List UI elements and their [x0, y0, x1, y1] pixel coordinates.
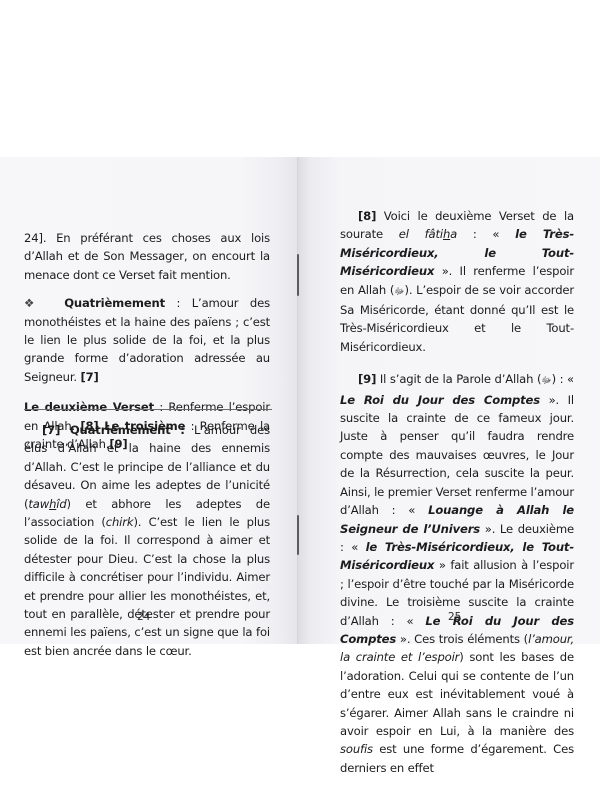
- footnote-text: ). C’est le lien le plus solide de la fo…: [24, 515, 270, 658]
- footnote-ref-7: [7]: [80, 370, 98, 384]
- footnote-separator: [24, 409, 272, 410]
- footnote-text: ». Il suscite la crainte de ce fameux jo…: [340, 393, 574, 517]
- separator: :: [165, 296, 192, 310]
- heading-quatriemement: Quatrièmement: [64, 296, 165, 310]
- left-page: 24]. En préférant ces choses aux lois d’…: [0, 157, 298, 644]
- footnote-9: [9] Il s’agit de la Parole d’Allah (ﷻ) :…: [340, 370, 574, 777]
- sura-name: el fâtiha: [399, 227, 457, 241]
- footnotes-right: [8] Voici le deuxième Verset de la soura…: [340, 207, 574, 777]
- footnote-text: ». Ces trois éléments (: [396, 632, 528, 646]
- bullet-icon: ❖: [24, 296, 42, 310]
- footnote-text: : «: [457, 227, 515, 241]
- footnote-7: [7] Quatrièmement : L’amour des élus d’A…: [24, 421, 270, 660]
- footnote-text: Il s’agit de la Parole d’Allah (: [376, 372, 541, 386]
- staple-bottom-icon: [297, 515, 299, 555]
- footnote-marker-7: [7]: [42, 423, 60, 437]
- footnote-text: est une forme d’égarement. Ces derniers …: [340, 742, 574, 774]
- book-spread: 24]. En préférant ces choses aux lois d’…: [0, 157, 600, 644]
- term-tawhid: tawhîd: [28, 497, 66, 511]
- footnote-marker-9: [9]: [358, 372, 376, 386]
- footnote-heading: Quatrièmement :: [60, 423, 184, 437]
- right-page: [8] Voici le deuxième Verset de la soura…: [298, 157, 600, 644]
- honorific-glyph-icon: ﷻ: [394, 287, 404, 297]
- term-chirk: chirk: [106, 515, 134, 529]
- staple-top-icon: [297, 254, 299, 296]
- heading-deuxieme-verset: Le deuxième Verset: [24, 400, 154, 414]
- quote-verse-3: Le Roi du Jour des Comptes: [340, 393, 540, 407]
- book-spine: [297, 157, 298, 644]
- footnotes-left: [7] Quatrièmement : L’amour des élus d’A…: [24, 421, 270, 660]
- italic-soufis: soufis: [340, 742, 373, 756]
- paragraph-quatriemement: ❖Quatrièmement : L’amour des monothéiste…: [24, 294, 270, 386]
- footnote-text: ) : «: [552, 372, 574, 386]
- left-page-body: 24]. En préférant ces choses aux lois d’…: [24, 229, 270, 453]
- footnote-marker-8: [8]: [358, 209, 376, 223]
- page-number-right: 25: [448, 611, 461, 623]
- footnote-8: [8] Voici le deuxième Verset de la soura…: [340, 207, 574, 356]
- page-number-left: 24: [137, 611, 150, 623]
- paragraph-continuation: 24]. En préférant ces choses aux lois d’…: [24, 229, 270, 284]
- honorific-glyph-icon: ﷻ: [541, 376, 551, 386]
